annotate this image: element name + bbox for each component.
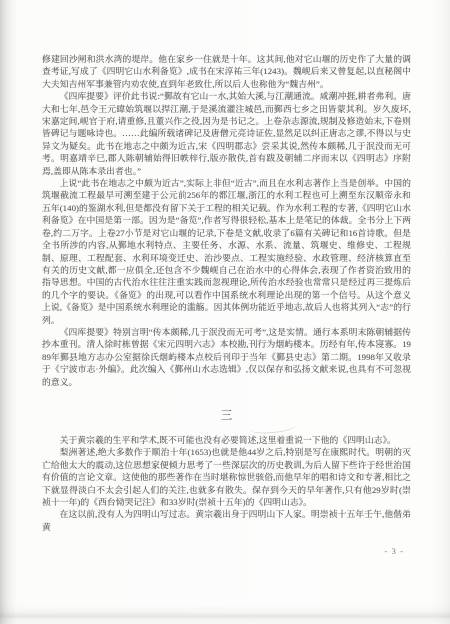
page-content: 修建回沙闸和洪水湾的堤岸。他在家乡一住就是十年。这其间,他对它山堰的历史作了大量… — [42, 53, 411, 556]
paragraph-lizhou-works: 梨洲著述,绝大多数作于顺治十年(1653)也就是他44岁之后,特别是写在康熙时代… — [42, 446, 411, 508]
page-number: - 3 - — [42, 546, 411, 556]
paragraph-siku-tiyao-quote: 《四库提要》评价此书说:“鄞故有它山一水,其始大溪,与江潮通流。咸潮冲捱,耕者弗… — [42, 90, 411, 177]
paragraph-water-treatise-commentary: 上说“此书在地志之中颇为近古”,实际上非但“近古”,而且在水利志著作上当是创举。… — [42, 177, 411, 326]
paragraph-continuation: 修建回沙闸和洪水湾的堤岸。他在家乡一住就是十年。这其间,他对它山堰的历史作了大量… — [42, 53, 411, 90]
scanned-page: 修建回沙闸和洪水湾的堤岸。他在家乡一住就是十年。这其间,他对它山堰的历史作了大量… — [0, 0, 450, 624]
paragraph-editions-history: 《四库提要》特别言明“传本颇稀,几于泯没而无可考”,这是实情。通行本系明末陈朝辅… — [42, 326, 411, 388]
paragraph-simingshan-zhi: 在这以前,没有人为四明山写过志。黄宗羲出身于四明山下人家。明崇祯十五年壬午,他偕… — [42, 508, 411, 533]
scan-shadow-bottom — [0, 604, 450, 624]
scan-edge-left — [0, 0, 16, 624]
section-heading: 三 — [42, 409, 411, 423]
paragraph-huang-zongxi-intro: 关于黄宗羲的生平和学术,既不可能也没有必要简述,这里着重说一下他的《四明山志》。 — [42, 434, 411, 446]
